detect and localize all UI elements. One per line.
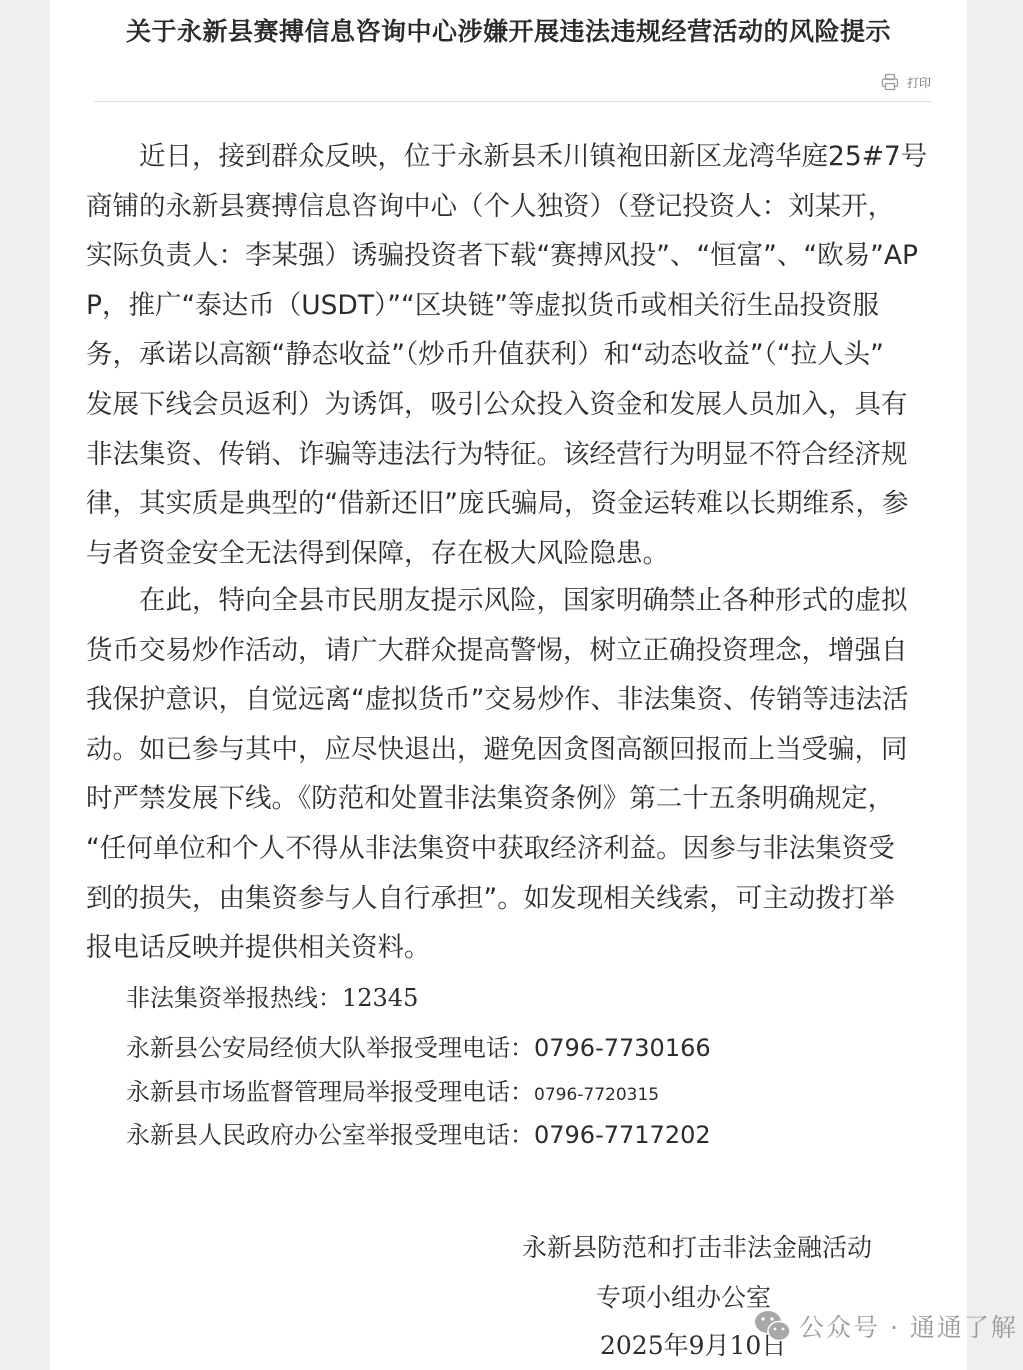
header-divider: [94, 101, 931, 102]
hotline-label: 永新县人民政府办公室举报受理电话：: [126, 1121, 534, 1149]
text-line: 发展下线会员返利）为诱饵，吸引公众投入资金和发展人员加入，具有: [86, 380, 932, 430]
hotline-number: 0796-7720315: [534, 1085, 659, 1105]
hotline-government-office: 永新县人民政府办公室举报受理电话：0796-7717202: [126, 1115, 711, 1150]
print-label: 打印: [907, 74, 931, 91]
text-line: 实际负责人：李某强）诱骗投资者下载“赛搏风投”、“恒富”、“欧易”AP: [86, 231, 932, 281]
watermark-text: 公众号 · 通通了解: [799, 1308, 1018, 1344]
text-line: 动。如已参与其中，应尽快退出，避免因贪图高额回报而上当受骗，同: [86, 725, 932, 775]
signature-org-line2: 专项小组办公室: [596, 1278, 771, 1314]
document-page: 关于永新县赛搏信息咨询中心涉嫌开展违法违规经营活动的风险提示 打印 近日，接到群…: [50, 0, 967, 1370]
hotline-label: 永新县市场监督管理局举报受理电话：: [126, 1078, 534, 1106]
print-button[interactable]: 打印: [881, 73, 931, 91]
watermark: 公众号 · 通通了解: [753, 1308, 1018, 1344]
document-title: 关于永新县赛搏信息咨询中心涉嫌开展违法违规经营活动的风险提示: [50, 12, 967, 48]
paragraph-2: 在此，特向全县市民朋友提示风险，国家明确禁止各种形式的虚拟 货币交易炒作活动，请…: [86, 576, 932, 973]
text-line: 务，承诺以高额“静态收益”（炒币升值获利）和“动态收益”（“拉人头”: [86, 330, 932, 380]
text-line: 时严禁发展下线。《防范和处置非法集资条例》第二十五条明确规定，: [86, 774, 932, 824]
hotline-market-supervision: 永新县市场监督管理局举报受理电话：0796-7720315: [126, 1072, 659, 1107]
text-line: 非法集资、传销、诈骗等违法行为特征。该经营行为明显不符合经济规: [86, 430, 932, 480]
hotline-number: 0796-7730166: [534, 1034, 711, 1062]
hotline-illegal-fundraising: 非法集资举报热线：12345: [126, 978, 418, 1013]
text-line: P，推广“泰达币（USDT）”“区块链”等虚拟货币或相关衍生品投资服: [86, 281, 932, 331]
printer-icon: [881, 73, 899, 91]
paragraph-1: 近日，接到群众反映，位于永新县禾川镇袍田新区龙湾华庭25#7号 商铺的永新县赛搏…: [86, 132, 932, 578]
hotline-police: 永新县公安局经侦大队举报受理电话：0796-7730166: [126, 1028, 711, 1063]
text-line: “任何单位和个人不得从非法集资中获取经济利益。因参与非法集资受: [86, 824, 932, 874]
text-line: 在此，特向全县市民朋友提示风险，国家明确禁止各种形式的虚拟: [86, 576, 932, 626]
text-line: 与者资金安全无法得到保障，存在极大风险隐患。: [86, 529, 932, 579]
hotline-number: 0796-7717202: [534, 1121, 711, 1149]
hotline-label: 非法集资举报热线：: [126, 984, 342, 1012]
hotline-number: 12345: [342, 984, 418, 1012]
text-line: 商铺的永新县赛搏信息咨询中心（个人独资）（登记投资人：刘某开，: [86, 182, 932, 232]
text-line: 到的损失，由集资参与人自行承担”。如发现相关线索，可主动拨打举: [86, 874, 932, 924]
text-line: 近日，接到群众反映，位于永新县禾川镇袍田新区龙湾华庭25#7号: [86, 132, 932, 182]
hotline-label: 永新县公安局经侦大队举报受理电话：: [126, 1034, 534, 1062]
text-line: 货币交易炒作活动，请广大群众提高警惕，树立正确投资理念，增强自: [86, 626, 932, 676]
text-line: 律，其实质是典型的“借新还旧”庞氏骗局，资金运转难以长期维系，参: [86, 479, 932, 529]
signature-org-line1: 永新县防范和打击非法金融活动: [522, 1228, 872, 1264]
wechat-icon: [753, 1308, 793, 1344]
text-line: 报电话反映并提供相关资料。: [86, 923, 932, 973]
text-line: 我保护意识，自觉远离“虚拟货币”交易炒作、非法集资、传销等违法活: [86, 675, 932, 725]
